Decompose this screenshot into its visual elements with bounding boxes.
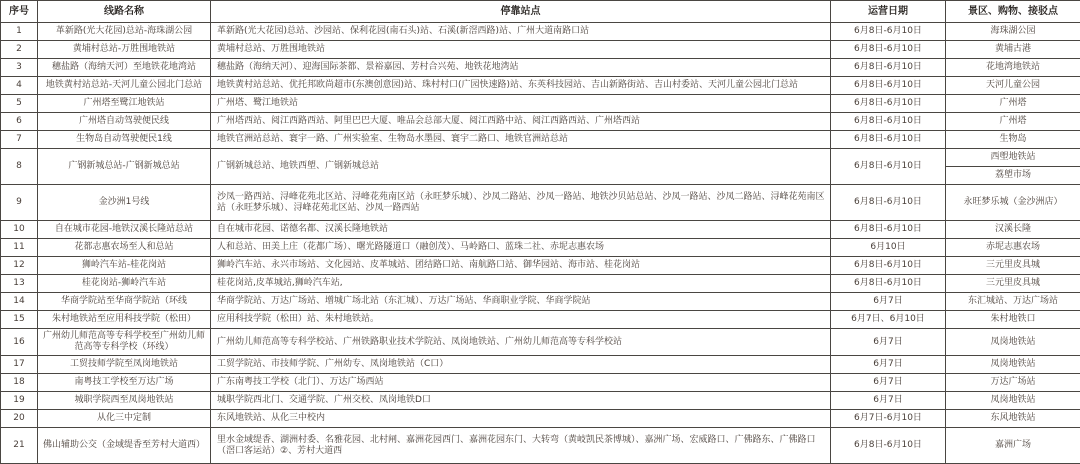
destination-item: 永旺梦乐城（金沙洲店）	[946, 194, 1080, 211]
route-name-cell: 金沙洲1号线	[38, 185, 211, 221]
destination-cell: 东汇城站、万达广场站	[946, 293, 1080, 311]
destination-item: 嘉洲广场	[946, 437, 1080, 454]
destination-stack: 嘉洲广场	[946, 437, 1080, 454]
header-destination-points: 景区、购物、接驳点	[946, 1, 1080, 23]
header-stops: 停靠站点	[211, 1, 831, 23]
destination-item: 凤岗地铁站	[946, 334, 1080, 351]
operating-dates-cell: 6月7日-6月10日	[831, 410, 946, 428]
stops-cell: 革新路(光大花园)总站、沙园站、保利花园(南石头)站、石溪(新滘西路)站、广州大…	[211, 23, 831, 41]
route-number-cell: 8	[1, 149, 38, 185]
table-row: 8广钢新城总站-广钢新城总站广钢新城总站、地铁西塱、广钢新城总站6月8日-6月1…	[1, 149, 1080, 185]
operating-dates-cell: 6月7日	[831, 374, 946, 392]
table-row: 19城职学院西至凤岗地铁站城职学院西北门、交通学院、广州交校、凤岗地铁D口6月7…	[1, 392, 1080, 410]
destination-cell: 三元里皮具城	[946, 275, 1080, 293]
stops-cell: 地铁官洲站总站、寰宇一路、广州实验室、生物岛水墨园、寰宇二路口、地铁官洲站总站	[211, 131, 831, 149]
route-number-cell: 17	[1, 356, 38, 374]
stops-cell: 东风地铁站、从化三中校内	[211, 410, 831, 428]
stops-cell: 狮岭汽车站、永兴市场站、文化园站、皮革城站、团结路口站、南航路口站、御华园站、海…	[211, 257, 831, 275]
route-name-cell: 广州塔自动驾驶便民线	[38, 113, 211, 131]
destination-item: 黄埔古港	[946, 41, 1080, 58]
table-row: 5广州塔至鹭江地铁站广州塔、鹭江地铁站6月8日-6月10日广州塔	[1, 95, 1080, 113]
stops-cell: 里水金域缇香、湖洲村委、名雅花园、北村闸、嘉洲花园西门、嘉洲花园东门、大转弯（黄…	[211, 428, 831, 464]
destination-cell: 广州塔	[946, 113, 1080, 131]
route-number-cell: 6	[1, 113, 38, 131]
operating-dates-cell: 6月7日	[831, 392, 946, 410]
route-name-cell: 自在城市花园-地铁汉溪长隆站总站	[38, 221, 211, 239]
destination-cell: 赤坭志惠农场	[946, 239, 1080, 257]
stops-cell: 穗盐路（海纳天河）、迎海国际茶都、景裕嘉园、芳村合兴苑、地铁花地湾站	[211, 59, 831, 77]
destination-item: 生物岛	[946, 131, 1080, 148]
stops-cell: 广钢新城总站、地铁西塱、广钢新城总站	[211, 149, 831, 185]
table-row: 9金沙洲1号线沙凤一路西站、浔峰花苑北区站、浔峰花苑南区站（永旺梦乐城）、沙凤二…	[1, 185, 1080, 221]
destination-stack: 东汇城站、万达广场站	[946, 293, 1080, 310]
route-name-cell: 佛山辅助公交（金域缇香至芳村大道西）	[38, 428, 211, 464]
destination-item: 天河儿童公园	[946, 77, 1080, 94]
destination-stack: 朱村地铁口	[946, 311, 1080, 328]
destination-stack: 三元里皮具城	[946, 275, 1080, 292]
route-name-cell: 南粤技工学校至万达广场	[38, 374, 211, 392]
operating-dates-cell: 6月7日	[831, 293, 946, 311]
destination-item: 西塱地铁站	[946, 149, 1080, 166]
table-row: 14华商学院站至华商学院站（环线华商学院站、万达广场站、增城广场北站（东汇城）、…	[1, 293, 1080, 311]
route-number-cell: 10	[1, 221, 38, 239]
header-route-number: 序号	[1, 1, 38, 23]
operating-dates-cell: 6月8日-6月10日	[831, 257, 946, 275]
table-row: 2黄埔村总站-万胜围地铁站黄埔村总站、万胜围地铁站6月8日-6月10日黄埔古港	[1, 41, 1080, 59]
table-row: 1革新路(光大花园)总站-海珠湖公园革新路(光大花园)总站、沙园站、保利花园(南…	[1, 23, 1080, 41]
destination-item: 广州塔	[946, 95, 1080, 112]
route-number-cell: 3	[1, 59, 38, 77]
destination-cell: 三元里皮具城	[946, 257, 1080, 275]
operating-dates-cell: 6月8日-6月10日	[831, 95, 946, 113]
destination-item: 万达广场站	[946, 374, 1080, 391]
destination-stack: 花地湾地铁站	[946, 59, 1080, 76]
stops-cell: 广州塔、鹭江地铁站	[211, 95, 831, 113]
destination-item: 赤坭志惠农场	[946, 239, 1080, 256]
operating-dates-cell: 6月8日-6月10日	[831, 221, 946, 239]
destination-cell: 朱村地铁口	[946, 311, 1080, 329]
operating-dates-cell: 6月8日-6月10日	[831, 23, 946, 41]
destination-item: 汉溪长隆	[946, 221, 1080, 238]
route-number-cell: 7	[1, 131, 38, 149]
route-name-cell: 朱村地铁站至应用科技学院（松田）	[38, 311, 211, 329]
route-number-cell: 1	[1, 23, 38, 41]
destination-item: 海珠湖公园	[946, 23, 1080, 40]
destination-cell: 花地湾地铁站	[946, 59, 1080, 77]
route-number-cell: 19	[1, 392, 38, 410]
destination-stack: 天河儿童公园	[946, 77, 1080, 94]
operating-dates-cell: 6月8日-6月10日	[831, 113, 946, 131]
destination-stack: 黄埔古港	[946, 41, 1080, 58]
destination-cell: 天河儿童公园	[946, 77, 1080, 95]
route-number-cell: 13	[1, 275, 38, 293]
destination-cell: 汉溪长隆	[946, 221, 1080, 239]
destination-stack: 西塱地铁站荔塱市场	[946, 149, 1080, 184]
stops-cell: 广东南粤技工学校（北门）、万达广场西站	[211, 374, 831, 392]
destination-cell: 凤岗地铁站	[946, 356, 1080, 374]
operating-dates-cell: 6月8日-6月10日	[831, 428, 946, 464]
destination-cell: 海珠湖公园	[946, 23, 1080, 41]
table-row: 12狮岭汽车站-桂花岗站狮岭汽车站、永兴市场站、文化园站、皮革城站、团结路口站、…	[1, 257, 1080, 275]
route-number-cell: 21	[1, 428, 38, 464]
destination-item: 三元里皮具城	[946, 257, 1080, 274]
table-row: 20从化三中定制东风地铁站、从化三中校内6月7日-6月10日东风地铁站	[1, 410, 1080, 428]
destination-item: 凤岗地铁站	[946, 356, 1080, 373]
destination-item: 花地湾地铁站	[946, 59, 1080, 76]
table-row: 21佛山辅助公交（金域缇香至芳村大道西）里水金域缇香、湖洲村委、名雅花园、北村闸…	[1, 428, 1080, 464]
destination-item: 荔塱市场	[946, 166, 1080, 184]
table-row: 3穗盐路（海纳天河）至地铁花地湾站穗盐路（海纳天河）、迎海国际茶都、景裕嘉园、芳…	[1, 59, 1080, 77]
operating-dates-cell: 6月8日-6月10日	[831, 59, 946, 77]
route-name-cell: 广州塔至鹭江地铁站	[38, 95, 211, 113]
operating-dates-cell: 6月7日	[831, 356, 946, 374]
stops-cell: 桂花岗站,皮革城站,狮岭汽车站,	[211, 275, 831, 293]
operating-dates-cell: 6月8日-6月10日	[831, 41, 946, 59]
destination-item: 广州塔	[946, 113, 1080, 130]
route-name-cell: 生物岛自动驾驶便民1线	[38, 131, 211, 149]
stops-cell: 广州幼儿师范高等专科学校站、广州铁路职业技术学院站、凤岗地铁站、广州幼儿师范高等…	[211, 329, 831, 356]
table-header-row: 序号 线路名称 停靠站点 运营日期 景区、购物、接驳点	[1, 1, 1080, 23]
header-route-name: 线路名称	[38, 1, 211, 23]
route-name-cell: 地铁黄村站总站-天河儿童公园北门总站	[38, 77, 211, 95]
stops-cell: 黄埔村总站、万胜围地铁站	[211, 41, 831, 59]
header-operating-dates: 运营日期	[831, 1, 946, 23]
destination-item: 朱村地铁口	[946, 311, 1080, 328]
route-number-cell: 9	[1, 185, 38, 221]
route-name-cell: 广州幼儿师范高等专科学校至广州幼儿师范高等专科学校（环线）	[38, 329, 211, 356]
destination-cell: 万达广场站	[946, 374, 1080, 392]
destination-cell: 永旺梦乐城（金沙洲店）	[946, 185, 1080, 221]
destination-stack: 凤岗地铁站	[946, 334, 1080, 351]
destination-stack: 东风地铁站	[946, 410, 1080, 427]
destination-stack: 汉溪长隆	[946, 221, 1080, 238]
route-number-cell: 12	[1, 257, 38, 275]
stops-cell: 应用科技学院（松田）站、朱村地铁站。	[211, 311, 831, 329]
stops-cell: 城职学院西北门、交通学院、广州交校、凤岗地铁D口	[211, 392, 831, 410]
destination-item: 三元里皮具城	[946, 275, 1080, 292]
route-table-body: 1革新路(光大花园)总站-海珠湖公园革新路(光大花园)总站、沙园站、保利花园(南…	[1, 23, 1080, 464]
stops-cell: 沙凤一路西站、浔峰花苑北区站、浔峰花苑南区站（永旺梦乐城）、沙凤二路站、沙凤一路…	[211, 185, 831, 221]
operating-dates-cell: 6月8日-6月10日	[831, 131, 946, 149]
stops-cell: 工贸学院站、市技师学院、广州幼专、凤岗地铁站（C口）	[211, 356, 831, 374]
stops-cell: 地铁黄村站总站、优托邦欧尚超市(东澳创意园)站、珠村村口(广园快速路)站、东英科…	[211, 77, 831, 95]
destination-stack: 三元里皮具城	[946, 257, 1080, 274]
route-name-cell: 桂花岗站-狮岭汽车站	[38, 275, 211, 293]
stops-cell: 人和总站、田美上庄（花都广场）、曙光路隧道口（融创茂）、马岭路口、蓝珠二社、赤坭…	[211, 239, 831, 257]
route-name-cell: 穗盐路（海纳天河）至地铁花地湾站	[38, 59, 211, 77]
operating-dates-cell: 6月8日-6月10日	[831, 185, 946, 221]
bus-route-table: 序号 线路名称 停靠站点 运营日期 景区、购物、接驳点 1革新路(光大花园)总站…	[0, 0, 1080, 464]
destination-item: 东汇城站、万达广场站	[946, 293, 1080, 310]
route-number-cell: 5	[1, 95, 38, 113]
table-row: 18南粤技工学校至万达广场广东南粤技工学校（北门）、万达广场西站6月7日万达广场…	[1, 374, 1080, 392]
destination-cell: 东风地铁站	[946, 410, 1080, 428]
table-row: 15朱村地铁站至应用科技学院（松田）应用科技学院（松田）站、朱村地铁站。6月7日…	[1, 311, 1080, 329]
route-number-cell: 20	[1, 410, 38, 428]
table-row: 4地铁黄村站总站-天河儿童公园北门总站地铁黄村站总站、优托邦欧尚超市(东澳创意园…	[1, 77, 1080, 95]
destination-stack: 永旺梦乐城（金沙洲店）	[946, 194, 1080, 211]
destination-cell: 凤岗地铁站	[946, 392, 1080, 410]
table-row: 10自在城市花园-地铁汉溪长隆站总站自在城市花园、诺德名都、汉溪长隆地铁站6月8…	[1, 221, 1080, 239]
route-name-cell: 花都志惠农场至人和总站	[38, 239, 211, 257]
route-number-cell: 11	[1, 239, 38, 257]
route-number-cell: 2	[1, 41, 38, 59]
destination-stack: 万达广场站	[946, 374, 1080, 391]
stops-cell: 华商学院站、万达广场站、增城广场北站（东汇城）、万达广场站、华商职业学院、华商学…	[211, 293, 831, 311]
destination-stack: 生物岛	[946, 131, 1080, 148]
table-row: 11花都志惠农场至人和总站人和总站、田美上庄（花都广场）、曙光路隧道口（融创茂）…	[1, 239, 1080, 257]
table-row: 16广州幼儿师范高等专科学校至广州幼儿师范高等专科学校（环线）广州幼儿师范高等专…	[1, 329, 1080, 356]
operating-dates-cell: 6月8日-6月10日	[831, 149, 946, 185]
route-number-cell: 4	[1, 77, 38, 95]
route-name-cell: 从化三中定制	[38, 410, 211, 428]
destination-stack: 凤岗地铁站	[946, 392, 1080, 409]
destination-stack: 海珠湖公园	[946, 23, 1080, 40]
destination-item: 东风地铁站	[946, 410, 1080, 427]
operating-dates-cell: 6月7日、6月10日	[831, 311, 946, 329]
destination-stack: 广州塔	[946, 113, 1080, 130]
route-name-cell: 工贸技师学院至凤岗地铁站	[38, 356, 211, 374]
destination-cell: 生物岛	[946, 131, 1080, 149]
destination-cell: 广州塔	[946, 95, 1080, 113]
route-name-cell: 狮岭汽车站-桂花岗站	[38, 257, 211, 275]
route-number-cell: 15	[1, 311, 38, 329]
destination-stack: 广州塔	[946, 95, 1080, 112]
table-row: 13桂花岗站-狮岭汽车站桂花岗站,皮革城站,狮岭汽车站,6月8日-6月10日三元…	[1, 275, 1080, 293]
operating-dates-cell: 6月8日-6月10日	[831, 77, 946, 95]
table-row: 7生物岛自动驾驶便民1线地铁官洲站总站、寰宇一路、广州实验室、生物岛水墨园、寰宇…	[1, 131, 1080, 149]
route-number-cell: 16	[1, 329, 38, 356]
stops-cell: 自在城市花园、诺德名都、汉溪长隆地铁站	[211, 221, 831, 239]
destination-cell: 黄埔古港	[946, 41, 1080, 59]
route-name-cell: 广钢新城总站-广钢新城总站	[38, 149, 211, 185]
operating-dates-cell: 6月10日	[831, 239, 946, 257]
table-row: 6广州塔自动驾驶便民线广州塔西站、阅江西路西站、阿里巴巴大厦、唯品会总部大厦、阅…	[1, 113, 1080, 131]
destination-cell: 西塱地铁站荔塱市场	[946, 149, 1080, 185]
route-number-cell: 14	[1, 293, 38, 311]
table-row: 17工贸技师学院至凤岗地铁站工贸学院站、市技师学院、广州幼专、凤岗地铁站（C口）…	[1, 356, 1080, 374]
destination-cell: 嘉洲广场	[946, 428, 1080, 464]
route-name-cell: 黄埔村总站-万胜围地铁站	[38, 41, 211, 59]
route-number-cell: 18	[1, 374, 38, 392]
stops-cell: 广州塔西站、阅江西路西站、阿里巴巴大厦、唯品会总部大厦、阅江西路中站、阅江西路西…	[211, 113, 831, 131]
operating-dates-cell: 6月8日-6月10日	[831, 275, 946, 293]
destination-item: 凤岗地铁站	[946, 392, 1080, 409]
route-name-cell: 城职学院西至凤岗地铁站	[38, 392, 211, 410]
route-name-cell: 革新路(光大花园)总站-海珠湖公园	[38, 23, 211, 41]
destination-stack: 赤坭志惠农场	[946, 239, 1080, 256]
operating-dates-cell: 6月7日	[831, 329, 946, 356]
destination-stack: 凤岗地铁站	[946, 356, 1080, 373]
route-name-cell: 华商学院站至华商学院站（环线	[38, 293, 211, 311]
destination-cell: 凤岗地铁站	[946, 329, 1080, 356]
